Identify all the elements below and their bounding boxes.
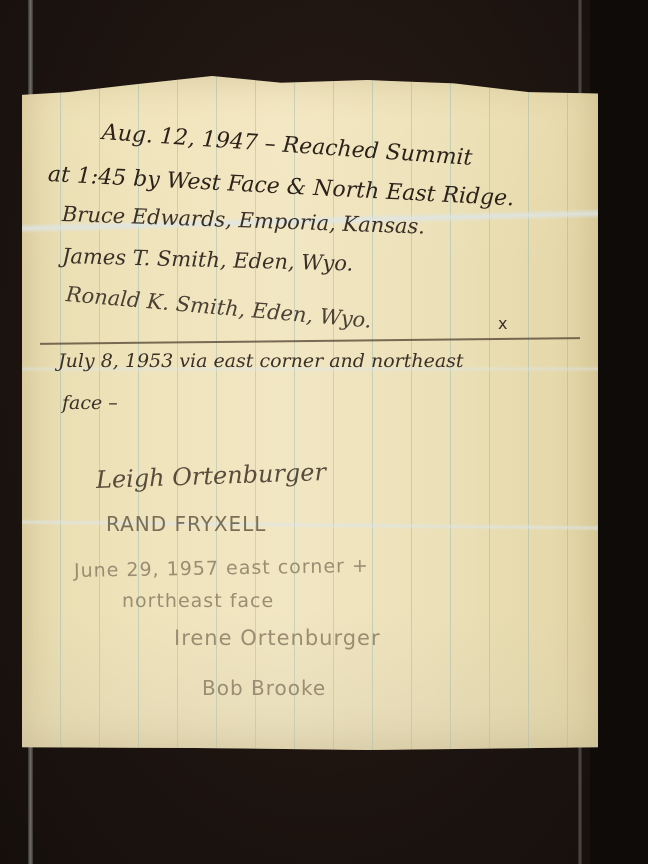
lined-paper-sheet: Aug. 12, 1947 – Reached Summit at 1:45 b… <box>22 76 598 750</box>
right-shadow <box>590 0 648 864</box>
entry-1957-line2: northeast face <box>122 590 274 612</box>
entry-1947-mark: x <box>498 314 507 333</box>
entry-1957-climber1: Irene Ortenburger <box>174 626 381 650</box>
entry-1953-line2: face – <box>62 392 118 414</box>
entry-1953-line1: July 8, 1953 via east corner and northea… <box>58 350 464 372</box>
entry-1957-climber2: Bob Brooke <box>202 676 326 700</box>
entry-1953-climber2: RAND FRYXELL <box>106 512 266 536</box>
